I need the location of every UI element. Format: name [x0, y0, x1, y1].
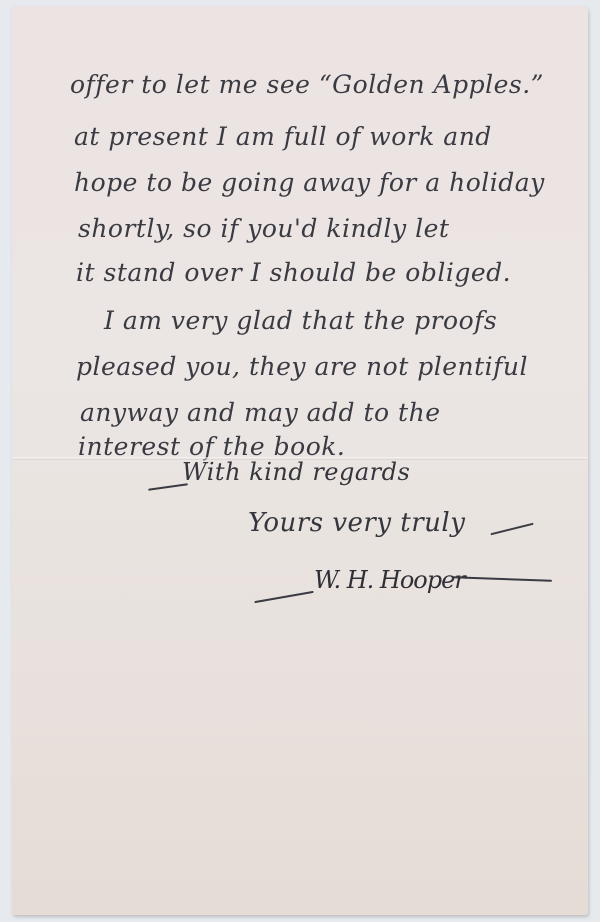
letter-line-1: offer to let me see “Golden Apples.” — [70, 70, 544, 99]
letter-line-2: at present I am full of work and — [74, 122, 492, 151]
letter-page: offer to let me see “Golden Apples.” at … — [12, 6, 588, 915]
letter-line-4: shortly, so if you'd kindly let — [78, 214, 449, 243]
signature-flourish-left — [254, 591, 313, 603]
closing-regards: With kind regards — [182, 458, 410, 486]
valediction-flourish — [490, 523, 533, 535]
signature: W. H. Hooper — [314, 566, 465, 594]
signature-flourish-right — [452, 576, 552, 581]
letter-line-6: I am very glad that the proofs — [104, 306, 497, 335]
letter-line-5: it stand over I should be obliged. — [76, 258, 511, 287]
letter-line-7: pleased you, they are not plentiful — [76, 352, 528, 381]
letter-line-3: hope to be going away for a holiday — [74, 168, 545, 197]
letter-line-8: anyway and may add to the — [80, 398, 441, 427]
valediction: Yours very truly — [248, 508, 465, 538]
